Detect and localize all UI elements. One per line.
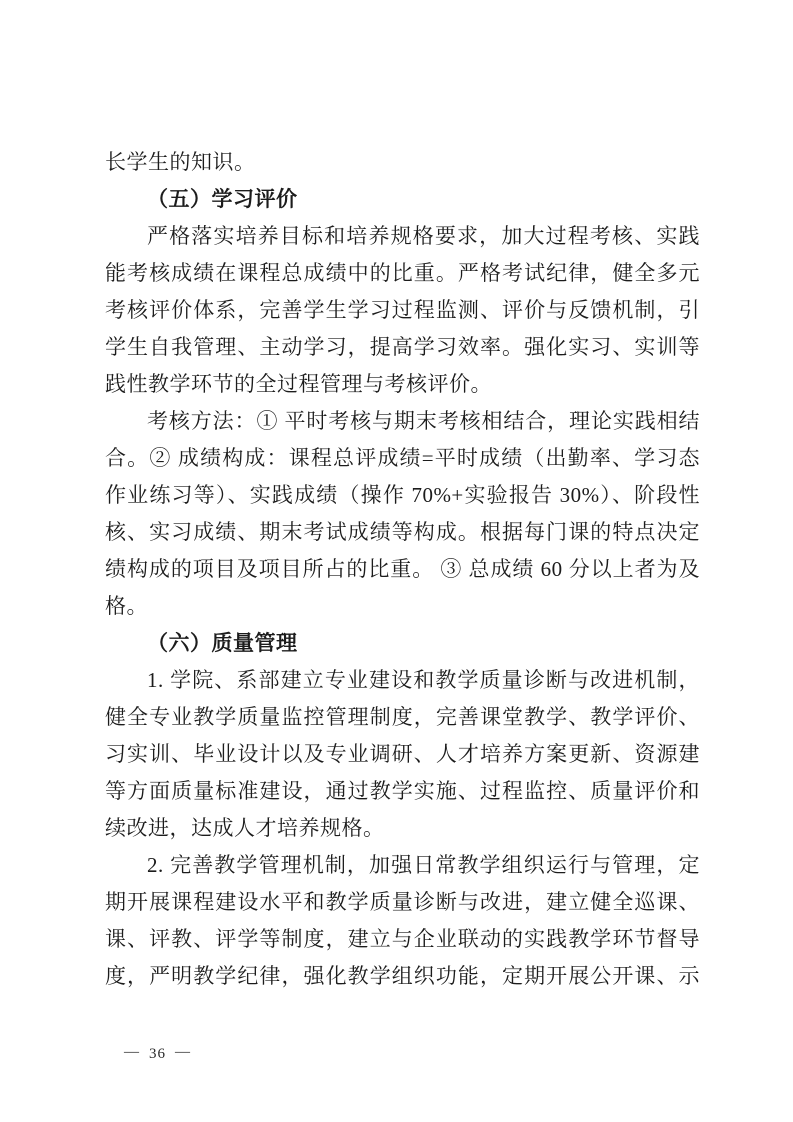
body-line: 长学生的知识。 — [105, 144, 700, 181]
body-line: 践性教学环节的全过程管理与考核评价。 — [105, 366, 700, 403]
section-heading-6: （六）质量管理 — [105, 625, 700, 662]
document-page: 长学生的知识。 （五）学习评价 严格落实培养目标和培养规格要求，加大过程考核、实… — [0, 0, 793, 1122]
body-line: 核、实习成绩、期末考试成绩等构成。根据每门课的特点决定成 — [105, 514, 700, 551]
page-number-footer: —36— — [124, 1044, 191, 1064]
document-body: 长学生的知识。 （五）学习评价 严格落实培养目标和培养规格要求，加大过程考核、实… — [105, 144, 700, 995]
body-line: 绩构成的项目及项目所占的比重。 ③ 总成绩 60 分以上者为及 — [105, 551, 700, 588]
body-line: 续改进，达成人才培养规格。 — [105, 810, 700, 847]
body-line: 健全专业教学质量监控管理制度，完善课堂教学、教学评价、实 — [105, 699, 700, 736]
body-line: 习实训、毕业设计以及专业调研、人才培养方案更新、资源建设 — [105, 736, 700, 773]
body-line: 等方面质量标准建设，通过教学实施、过程监控、质量评价和持 — [105, 773, 700, 810]
body-line: 能考核成绩在课程总成绩中的比重。严格考试纪律，健全多元化 — [105, 255, 700, 292]
body-line: 合。② 成绩构成：课程总评成绩=平时成绩（出勤率、学习态度、 — [105, 440, 700, 477]
body-line: 格。 — [105, 588, 700, 625]
section-heading-5: （五）学习评价 — [105, 181, 700, 218]
footer-dash-left: — — [124, 1044, 140, 1060]
page-number: 36 — [149, 1046, 166, 1062]
body-line: 考核评价体系，完善学生学习过程监测、评价与反馈机制，引导 — [105, 292, 700, 329]
body-line: 度，严明教学纪律，强化教学组织功能，定期开展公开课、示范 — [105, 958, 700, 995]
body-line: 2. 完善教学管理机制，加强日常教学组织运行与管理，定 — [105, 847, 700, 884]
body-line: 学生自我管理、主动学习，提高学习效率。强化实习、实训等实 — [105, 329, 700, 366]
footer-dash-right: — — [175, 1044, 191, 1060]
body-line: 课、评教、评学等制度，建立与企业联动的实践教学环节督导制 — [105, 921, 700, 958]
body-line: 1. 学院、系部建立专业建设和教学质量诊断与改进机制， — [105, 662, 700, 699]
body-line: 考核方法：① 平时考核与期末考核相结合，理论实践相结 — [105, 403, 700, 440]
body-line: 期开展课程建设水平和教学质量诊断与改进，建立健全巡课、听 — [105, 884, 700, 921]
body-line: 严格落实培养目标和培养规格要求，加大过程考核、实践技 — [105, 218, 700, 255]
body-line: 作业练习等）、实践成绩（操作 70%+实验报告 30%）、阶段性考 — [105, 477, 700, 514]
